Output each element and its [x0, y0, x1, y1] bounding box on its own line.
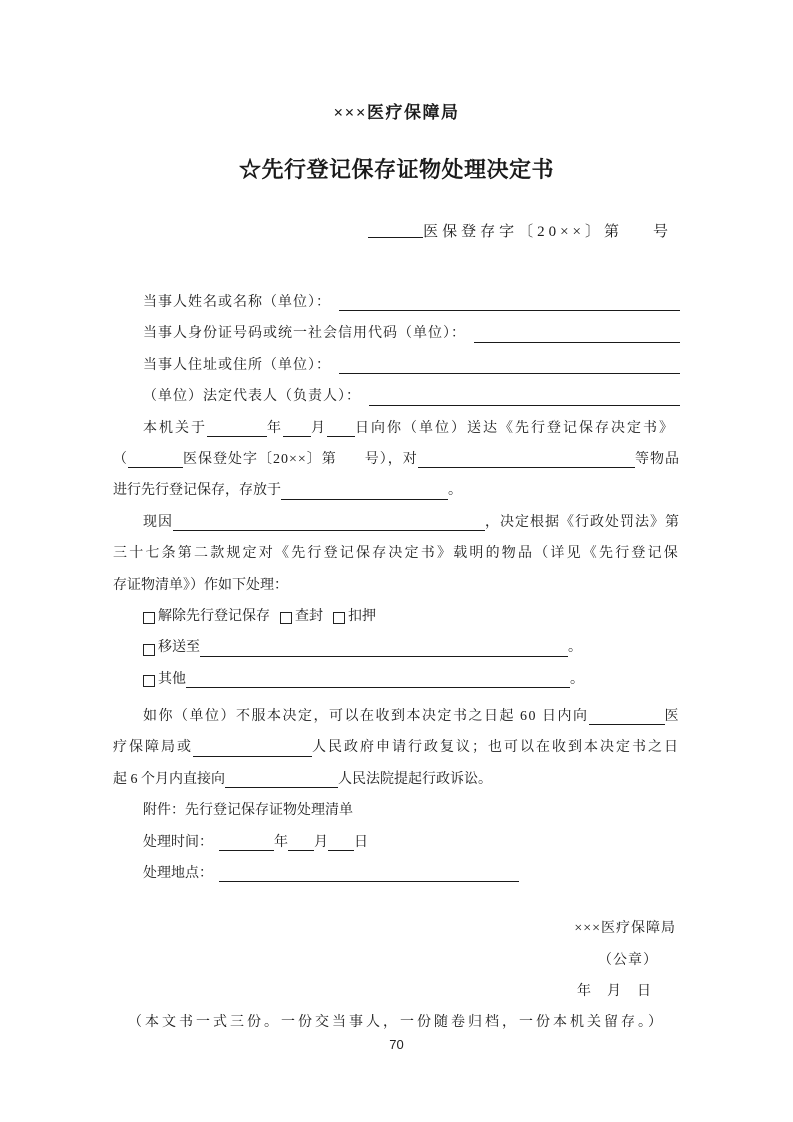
blank-field — [225, 787, 338, 788]
text-run: 起 6 个月内直接向 — [113, 764, 225, 795]
text-run: 月 — [314, 827, 328, 858]
blank-field — [283, 436, 311, 437]
doc-number-line: 医保登存字〔20××〕第号 — [113, 219, 680, 245]
field-handle-place: 处理地点： — [113, 858, 680, 889]
text-run: 其他 — [158, 664, 186, 695]
text-run: 人民政府申请行政复议；也可以在收到本决定书之日 — [312, 732, 680, 763]
field-legal-representative: （单位）法定代表人（负责人）： — [113, 381, 680, 412]
blank-field — [207, 436, 267, 437]
text-run: 当事人身份证号码或统一社会信用代码（单位）： — [143, 318, 466, 349]
text-run: 医保登处字〔20××〕第 — [183, 444, 337, 475]
text-run: 移送至 — [158, 632, 200, 663]
text-run: 三十七条第二款规定对《先行登记保存决定书》载明的物品（详见《先行登记保 — [113, 538, 680, 569]
text-run: 进行先行登记保存，存放于 — [113, 475, 281, 506]
text-run: 医 — [665, 701, 681, 732]
checkbox-release-registration-preservation — [143, 612, 155, 624]
agency-header: ×××医疗保障局 — [113, 101, 680, 125]
para-delivery-line-2: （医保登处字〔20××〕第号），对等物品 — [113, 444, 680, 475]
distribution-note: （本文书一式三份。一份交当事人，一份随卷归档，一份本机关留存。） — [113, 1012, 680, 1034]
text-run: 年 — [267, 413, 283, 444]
para-decision-line-3: 存证物清单》）作如下处理： — [113, 570, 680, 601]
text-run: 月 — [311, 413, 327, 444]
text-run: 日向你（单位）送达《先行登记保存决定书》 — [355, 413, 675, 444]
text-run: 日 — [354, 827, 368, 858]
field-party-address: 当事人住址或住所（单位）： — [113, 350, 680, 381]
document-title: ☆先行登记保存证物处理决定书 — [113, 153, 680, 187]
text-run: ，决定根据《行政处罚法》第 — [485, 507, 680, 538]
blank-field — [193, 756, 312, 757]
checkbox-transfer-to — [143, 644, 155, 656]
text-run: 。 — [568, 632, 582, 663]
document-page: ×××医疗保障局 ☆先行登记保存证物处理决定书 医保登存字〔20××〕第号 当事… — [0, 0, 793, 1122]
text-run: 疗保障局或 — [113, 732, 193, 763]
blank-field — [339, 373, 680, 374]
text-run: 处理时间： — [143, 827, 213, 858]
attachment-line: 附件：先行登记保存证物处理清单 — [113, 795, 680, 826]
document-body: 当事人姓名或名称（单位）：当事人身份证号码或统一社会信用代码（单位）：当事人住址… — [113, 287, 680, 889]
text-run: 现因 — [143, 507, 173, 538]
option-line-checkboxes: 解除先行登记保存查封扣押 — [113, 601, 680, 632]
signature-block: ×××医疗保障局（公章）年 月 日 — [113, 913, 680, 1007]
para-appeal-line-3: 起 6 个月内直接向人民法院提起行政诉讼。 — [113, 764, 680, 795]
text-run: 如你（单位）不服本决定，可以在收到本决定书之日起 60 日内向 — [143, 701, 589, 732]
text-run: 年 — [274, 827, 288, 858]
text-run: 号 — [653, 219, 672, 245]
option-line-other: 其他。 — [113, 664, 680, 695]
blank-field — [219, 881, 519, 882]
para-delivery-line-1: 本机关于年月日向你（单位）送达《先行登记保存决定书》 — [113, 413, 680, 444]
text-run: 。 — [570, 664, 584, 695]
option-line-transfer: 移送至。 — [113, 632, 680, 663]
text-run: 号），对 — [365, 444, 418, 475]
checkbox-seal-up — [280, 612, 292, 624]
blank-field — [200, 656, 568, 657]
text-run: 处理地点： — [143, 858, 213, 889]
text-run: 当事人姓名或名称（单位）： — [143, 287, 331, 318]
para-decision-line-1: 现因，决定根据《行政处罚法》第 — [113, 507, 680, 538]
blank-field — [339, 310, 680, 311]
text-run: 当事人住址或住所（单位）： — [143, 350, 331, 381]
text-run: 。 — [448, 475, 462, 506]
para-delivery-line-3: 进行先行登记保存，存放于。 — [113, 475, 680, 506]
blank-field — [281, 499, 448, 500]
page-number: 70 — [113, 1036, 680, 1054]
para-appeal-line-2: 疗保障局或人民政府申请行政复议；也可以在收到本决定书之日 — [113, 732, 680, 763]
text-run: 本机关于 — [143, 413, 207, 444]
blank-field — [474, 342, 680, 343]
field-party-name: 当事人姓名或名称（单位）： — [113, 287, 680, 318]
text-run: （ — [113, 444, 128, 475]
blank-field — [418, 467, 635, 468]
blank-field — [173, 530, 485, 531]
text-run: 人民法院提起行政诉讼。 — [338, 764, 492, 795]
field-handle-time: 处理时间：年月日 — [113, 827, 680, 858]
text-run: 解除先行登记保存 — [158, 601, 270, 632]
blank-field — [369, 405, 680, 406]
blank-field — [128, 467, 183, 468]
blank-field — [288, 850, 314, 851]
text-run: 扣押 — [348, 601, 376, 632]
checkbox-other — [143, 675, 155, 687]
field-party-id-code: 当事人身份证号码或统一社会信用代码（单位）： — [113, 318, 680, 349]
blank-field — [368, 237, 423, 238]
official-seal-placeholder: （公章） — [113, 945, 680, 976]
text-run: 存证物清单》）作如下处理： — [113, 570, 288, 601]
para-decision-line-2: 三十七条第二款规定对《先行登记保存决定书》载明的物品（详见《先行登记保 — [113, 538, 680, 569]
issuing-agency-name: ×××医疗保障局 — [113, 913, 680, 944]
blank-field — [219, 850, 274, 851]
text-run: 医保登存字〔20××〕第 — [423, 219, 623, 245]
text-run: （单位）法定代表人（负责人）： — [143, 381, 361, 412]
checkbox-detain — [333, 612, 345, 624]
para-appeal-line-1: 如你（单位）不服本决定，可以在收到本决定书之日起 60 日内向医 — [113, 701, 680, 732]
blank-field — [589, 724, 665, 725]
blank-field — [328, 850, 354, 851]
text-run: 等物品 — [635, 444, 680, 475]
blank-field — [327, 436, 355, 437]
text-run: 查封 — [295, 601, 323, 632]
text-run: 附件：先行登记保存证物处理清单 — [143, 795, 353, 826]
signature-date-line: 年 月 日 — [113, 976, 680, 1007]
blank-field — [186, 687, 570, 688]
